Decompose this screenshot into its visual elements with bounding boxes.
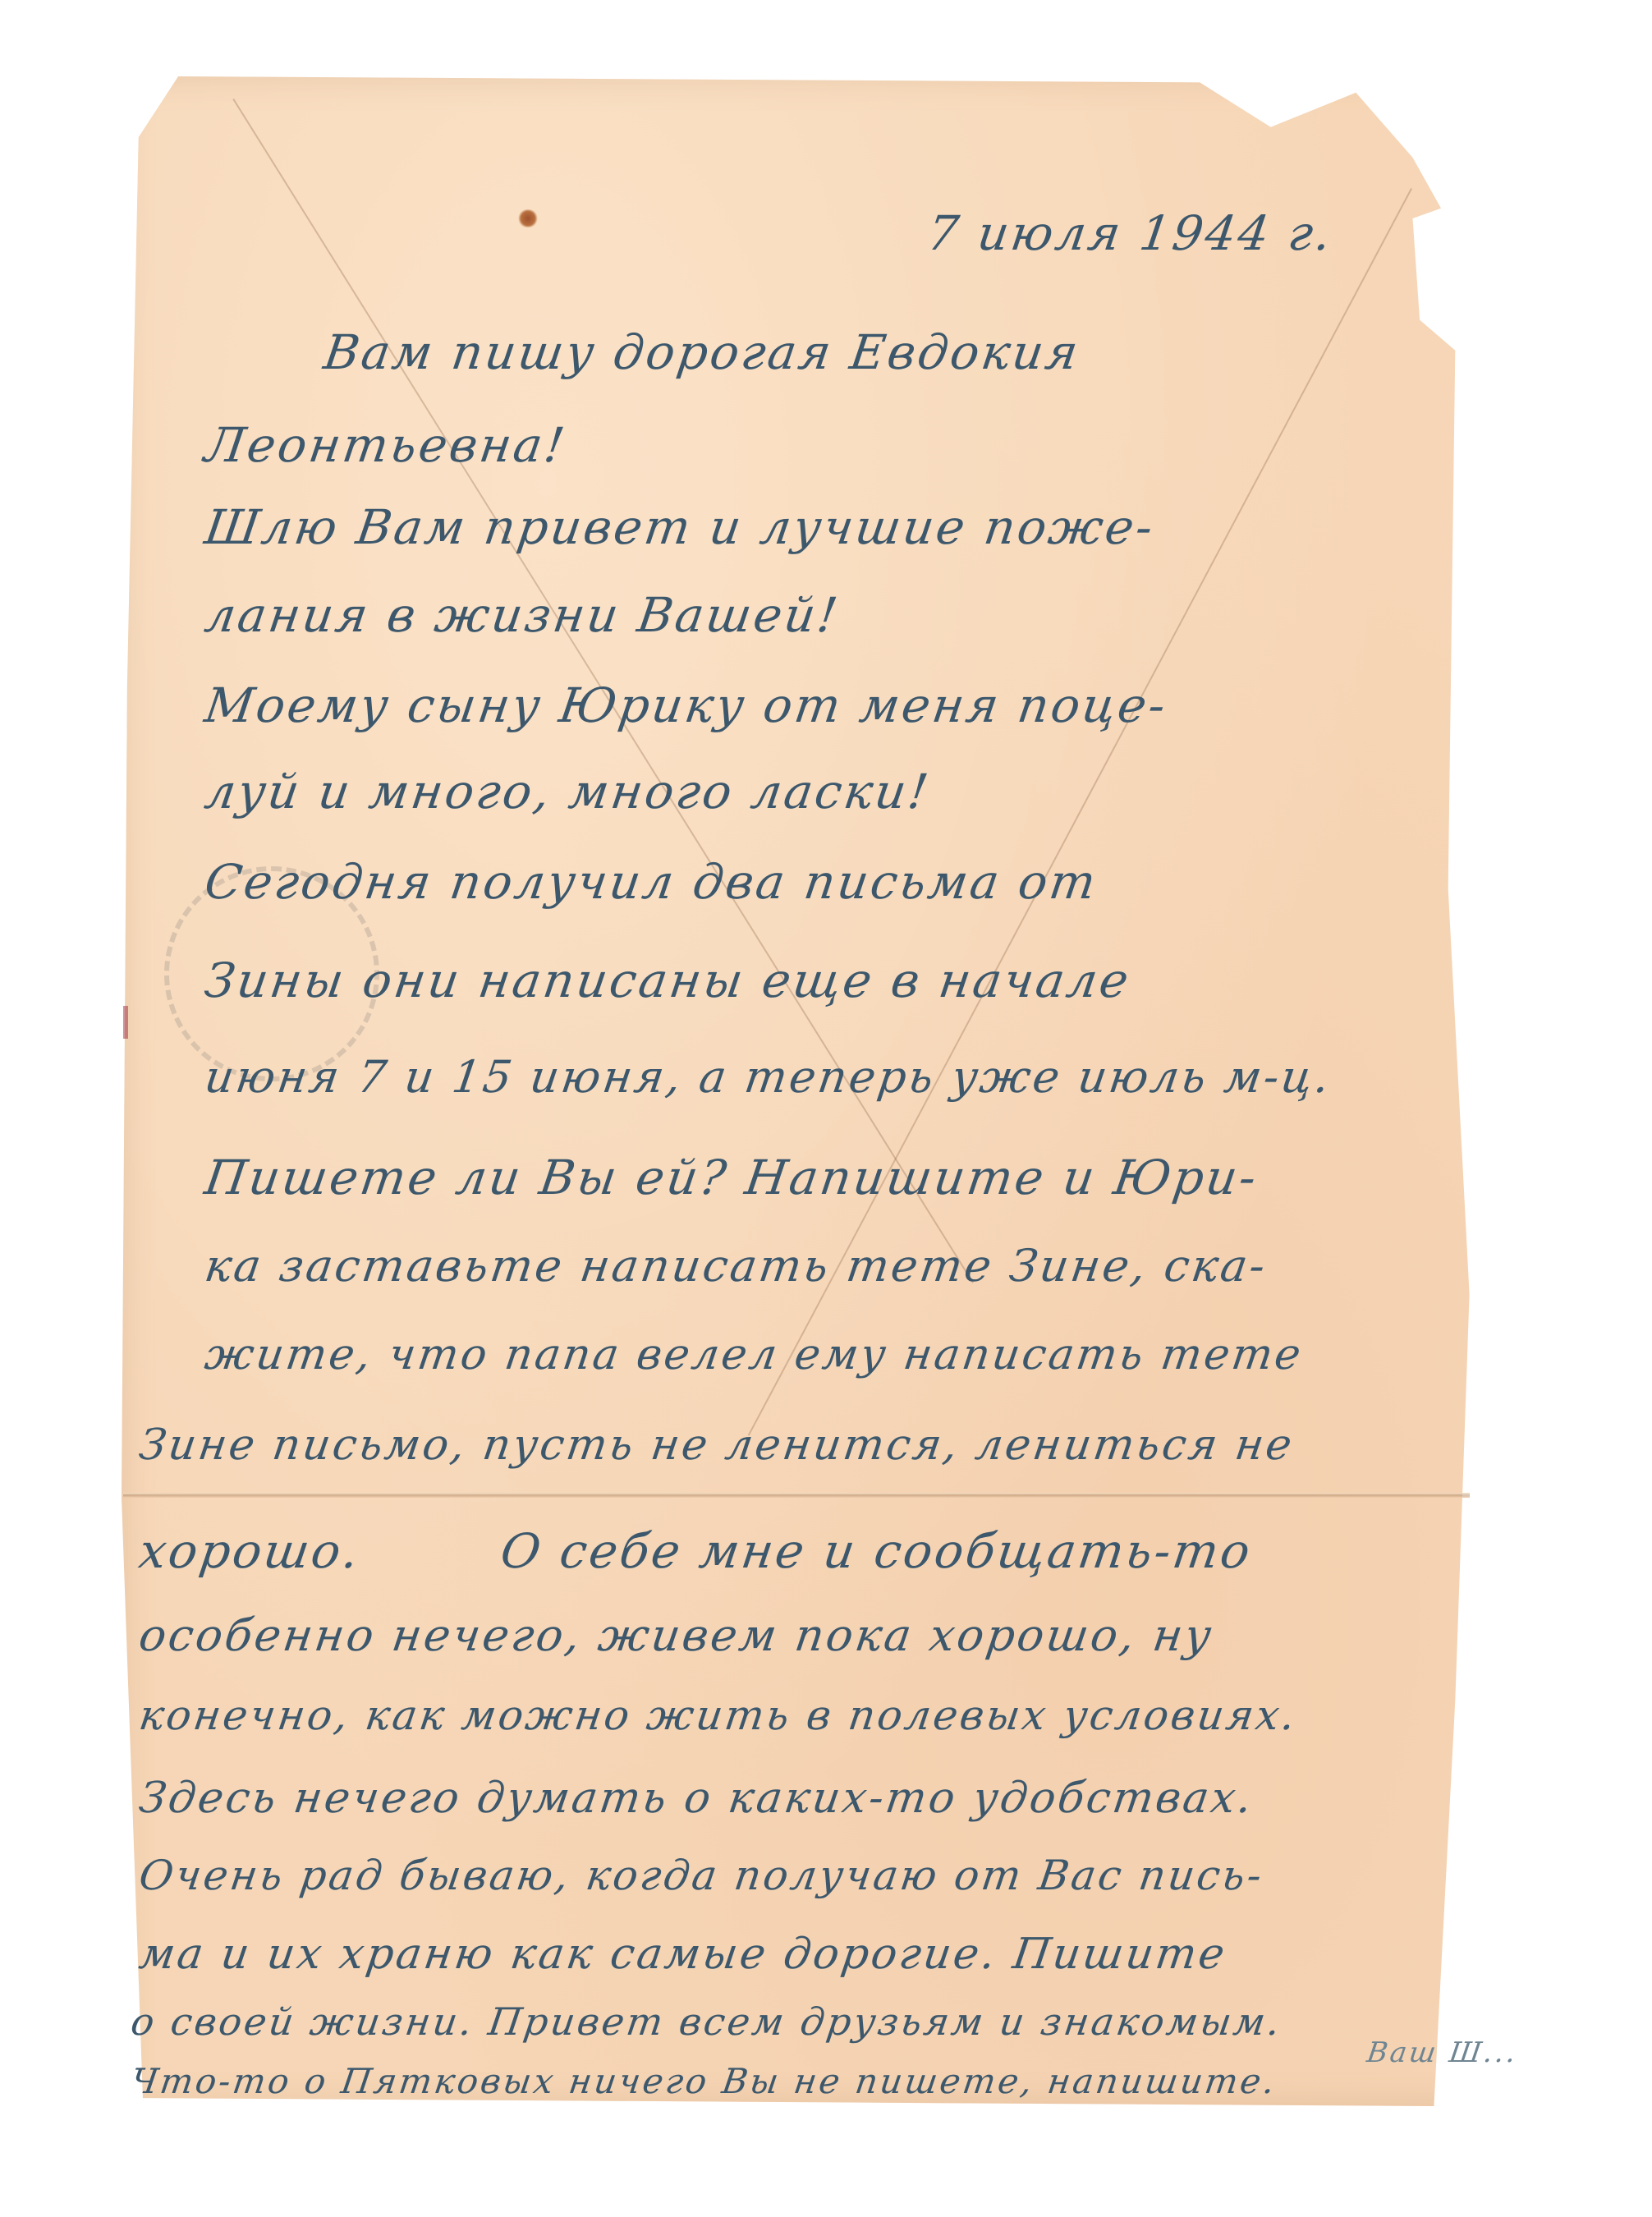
- letter-line: Шлю Вам привет и лучшие поже-: [201, 499, 1159, 555]
- letter-line: Сегодня получил два письма от: [201, 854, 1101, 910]
- letter-line: ма и их храню как самые дорогие. Пишите: [136, 1930, 1230, 1979]
- signature-fragment: Ваш Ш...: [1365, 2036, 1520, 2069]
- letter-line: ка заставьте написать тете Зине, ска-: [202, 1240, 1271, 1292]
- letter-line: особенно нечего, живем пока хорошо, ну: [136, 1609, 1217, 1661]
- letter-line: Зине письмо, пусть не ленится, лениться …: [136, 1421, 1297, 1470]
- letter-line: конечно, как можно жить в полевых услови…: [136, 1691, 1301, 1739]
- ink-stain: [517, 209, 539, 227]
- letter-line: Леонтьевна!: [201, 417, 570, 473]
- letter-line: Моему сыну Юрику от меня поце-: [201, 677, 1171, 733]
- letter-line: июня 7 и 15 июня, а теперь уже июль м-ц.: [202, 1051, 1335, 1103]
- letter-date: 7 июля 1944 г.: [924, 205, 1337, 261]
- letter-line: хорошо. О себе мне и сообщать-то: [135, 1523, 1255, 1579]
- letter-line: о своей жизни. Привет всем друзьям и зна…: [128, 1999, 1285, 2044]
- letter-line: луй и много, много ласки!: [201, 764, 934, 819]
- red-mark: [123, 1006, 128, 1039]
- letter-line: лания в жизни Вашей!: [201, 587, 843, 643]
- letter-line: жите, что папа велел ему написать тете: [202, 1330, 1306, 1379]
- letter-line: Зины они написаны еще в начале: [201, 952, 1134, 1008]
- letter-line: Здесь нечего думать о каких-то удобствах…: [136, 1774, 1257, 1823]
- letter-line: Пишете ли Вы ей? Напишите и Юри-: [201, 1150, 1262, 1205]
- letter-line: Что-то о Пятковых ничего Вы не пишете, н…: [129, 2061, 1280, 2101]
- letter-line: Очень рад бываю, когда получаю от Вас пи…: [136, 1852, 1267, 1899]
- letter-line: Вам пишу дорогая Евдокия: [320, 324, 1084, 380]
- horizontal-fold: [123, 1493, 1470, 1498]
